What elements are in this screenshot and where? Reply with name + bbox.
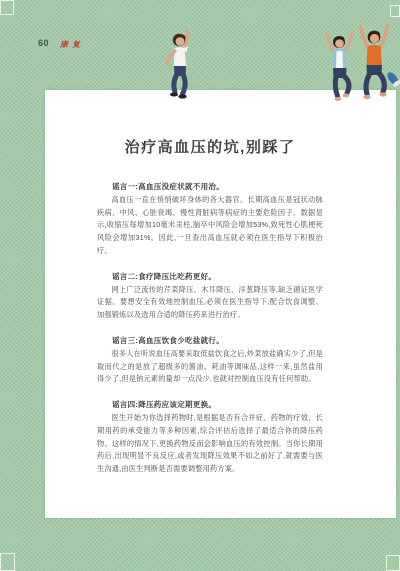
section-heading: 谣言四:降压药应该定期更换。 xyxy=(97,399,323,412)
section-body: 医生开始为你选择药物时,是根据是否有合并症、药物的疗效、长期用药的承受能力等多种… xyxy=(97,412,323,476)
crop-mark-bottom-left xyxy=(0,553,15,571)
crop-mark-top-right xyxy=(390,5,400,17)
page-number: 60 xyxy=(38,38,49,48)
section-body: 很多人在听说血压高要采取低盐饮食之后,炒菜放盐确实少了,但是取而代之的是放了超级… xyxy=(97,348,323,386)
article-section: 谣言四:降压药应该定期更换。 医生开始为你选择药物时,是根据是否有合并症、药物的… xyxy=(97,399,323,476)
section-heading: 谣言二:食疗降压比吃药更好。 xyxy=(97,271,323,284)
crop-mark-top-left xyxy=(0,0,14,15)
article-card: 治疗高血压的坑,别踩了 谣言一:高血压没症状就不用治。 高血压一直在悄悄破坏身体… xyxy=(45,90,396,518)
article-section: 谣言一:高血压没症状就不用治。 高血压一直在悄悄破坏身体的各大器官。长期高血压是… xyxy=(97,181,323,258)
partial-blue-shoe-image xyxy=(386,70,400,90)
magazine-page: 60 康复 治疗高血压的坑,别踩了 谣言一:高血压没症状就不用治。 高血压一直在… xyxy=(0,0,400,571)
section-heading: 谣言三:高血压饮食少吃盐就行。 xyxy=(97,335,323,348)
article-content: 治疗高血压的坑,别踩了 谣言一:高血压没症状就不用治。 高血压一直在悄悄破坏身体… xyxy=(97,136,323,489)
article-section: 谣言三:高血压饮食少吃盐就行。 很多人在听说血压高要采取低盐饮食之后,炒菜放盐确… xyxy=(97,335,323,386)
section-heading: 谣言一:高血压没症状就不用治。 xyxy=(97,181,323,194)
article-title: 治疗高血压的坑,别踩了 xyxy=(97,136,323,157)
crop-mark-bottom-right xyxy=(386,555,400,571)
section-body: 网上广泛流传的芹菜降压、木耳降压、洋葱降压等,缺乏循证医学证据。要想安全有效地控… xyxy=(97,284,323,322)
section-body: 高血压一直在悄悄破坏身体的各大器官。长期高血压是冠状动脉疾病、中风、心脏衰竭、慢… xyxy=(97,194,323,258)
magazine-masthead: 康复 xyxy=(60,39,84,50)
article-section: 谣言二:食疗降压比吃药更好。 网上广泛流传的芹菜降压、木耳降压、洋葱降压等,缺乏… xyxy=(97,271,323,322)
